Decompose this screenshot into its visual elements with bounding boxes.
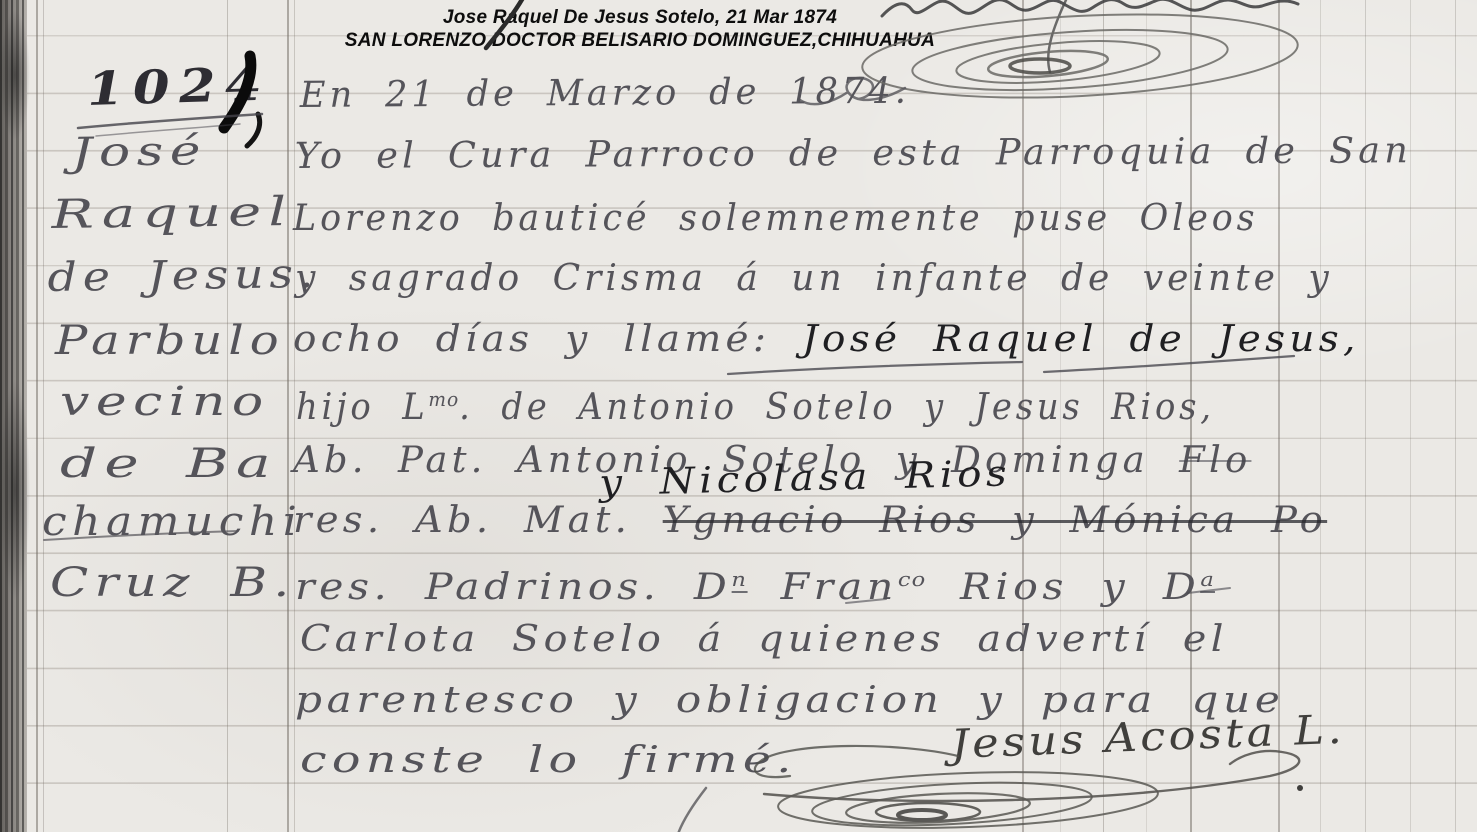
body-line-3: Lorenzo bauticé solemnemente puse Oleos [293,195,1258,243]
ruled-line-vertical [36,0,38,832]
baptized-child-name: José Raquel de Jesus, [802,319,1360,360]
body-line-12: conste lo firmé. [300,737,797,785]
caption-place: SAN LORENZO,DOCTOR BELISARIO DOMINGUEZ,C… [260,29,1020,52]
body-line-9-post: Rios y D [960,567,1200,608]
margin-line: vecino [60,377,270,427]
body-line-8-pre: res. Ab. Mat. [293,500,631,541]
body-line-4: y sagrado Crisma á un infante de veinte … [295,255,1333,303]
ruled-line-vertical [43,0,44,832]
margin-line: de Ba [60,439,278,489]
ruled-line-vertical [1410,0,1411,832]
body-line-9: res. Padrinos. Dn Franco Rios y Da [295,556,1215,612]
struck-grandmother-names: Ygnacio Rios y Mónica Po [663,500,1327,541]
abbreviation-superscript: co [898,568,927,591]
body-line-5: ocho días y llamé: José Raquel de Jesus, [293,316,1360,364]
struck-text: Flo [1179,440,1251,481]
margin-line: Parbulo [55,316,285,366]
body-line-5-pre: ocho días y llamé: [293,319,770,360]
abbreviation-superscript: mo [428,388,459,411]
binding-smudge [0,380,30,600]
ruled-line-vertical [1455,0,1456,832]
abbreviation-superscript: a [1200,568,1215,593]
margin-line: chamuchi [42,497,302,547]
margin-line: de Jesus. [47,249,320,303]
record-number: 1024 [86,56,272,116]
body-line-10: Carlota Sotelo á quienes advertí el [300,616,1228,664]
margin-line: José [71,126,208,178]
body-line-2: Yo el Cura Parroco de esta Parroquia de … [295,127,1412,181]
baptism-record-scan: Jose Raquel De Jesus Sotelo, 21 Mar 1874… [0,0,1477,832]
inserted-correction: y Nicolasa Rios [599,450,1012,508]
margin-line: Raquel [51,187,294,240]
body-line-8: res. Ab. Mat. Ygnacio Rios y Mónica Po [293,497,1327,545]
margin-line: Cruz B. [50,558,295,608]
body-line-6: hijo Lmo. de Antonio Sotelo y Jesus Rios… [296,376,1215,432]
binding-smudge [0,10,30,140]
abbreviation-superscript: n [731,568,747,593]
caption-name-date: Jose Raquel De Jesus Sotelo, 21 Mar 1874 [260,6,1020,29]
ruled-line-vertical [287,0,289,832]
body-line-6-pre: hijo L [296,387,428,428]
body-line-9-pre: res. Padrinos. D [295,567,731,608]
ruled-line-vertical [1365,0,1366,832]
godfather-name: Fran [781,567,898,608]
body-line-6-post: . de Antonio Sotelo y Jesus Rios, [459,387,1215,428]
typed-overlay-caption: Jose Raquel De Jesus Sotelo, 21 Mar 1874… [260,6,1020,52]
body-line-1: En 21 de Marzo de 1874. [300,68,910,120]
